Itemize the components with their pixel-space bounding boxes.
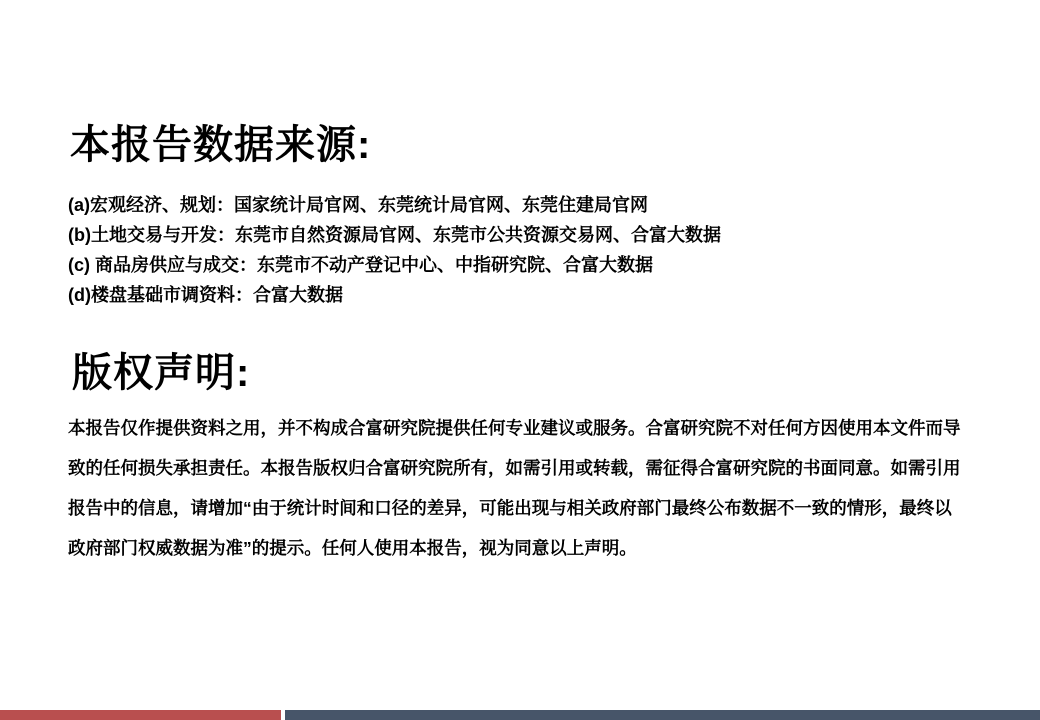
source-item-d: (d)楼盘基础市调资料：合富大数据 [68, 280, 721, 310]
footer-accent-bar-red [0, 710, 281, 720]
data-sources-title: 本报告数据来源: [70, 120, 371, 170]
copyright-line-2: 致的任何损失承担责任。本报告版权归合富研究院所有，如需引用或转载，需征得合富研究… [68, 448, 961, 488]
footer-accent-bar-blue [285, 710, 1040, 720]
source-item-c: (c) 商品房供应与成交：东莞市不动产登记中心、中指研究院、合富大数据 [68, 250, 721, 280]
copyright-line-4: 政府部门权威数据为准”的提示。任何人使用本报告，视为同意以上声明。 [68, 528, 961, 568]
copyright-line-3: 报告中的信息，请增加“由于统计时间和口径的差异，可能出现与相关政府部门最终公布数… [68, 488, 961, 528]
source-item-a: (a)宏观经济、规划：国家统计局官网、东莞统计局官网、东莞住建局官网 [68, 190, 721, 220]
copyright-title: 版权声明: [72, 348, 250, 398]
data-sources-list: (a)宏观经济、规划：国家统计局官网、东莞统计局官网、东莞住建局官网 (b)土地… [68, 190, 721, 310]
copyright-line-1: 本报告仅作提供资料之用，并不构成合富研究院提供任何专业建议或服务。合富研究院不对… [68, 408, 961, 448]
source-item-b: (b)土地交易与开发：东莞市自然资源局官网、东莞市公共资源交易网、合富大数据 [68, 220, 721, 250]
copyright-paragraph: 本报告仅作提供资料之用，并不构成合富研究院提供任何专业建议或服务。合富研究院不对… [68, 408, 961, 568]
report-slide: 本报告数据来源: (a)宏观经济、规划：国家统计局官网、东莞统计局官网、东莞住建… [0, 0, 1040, 720]
